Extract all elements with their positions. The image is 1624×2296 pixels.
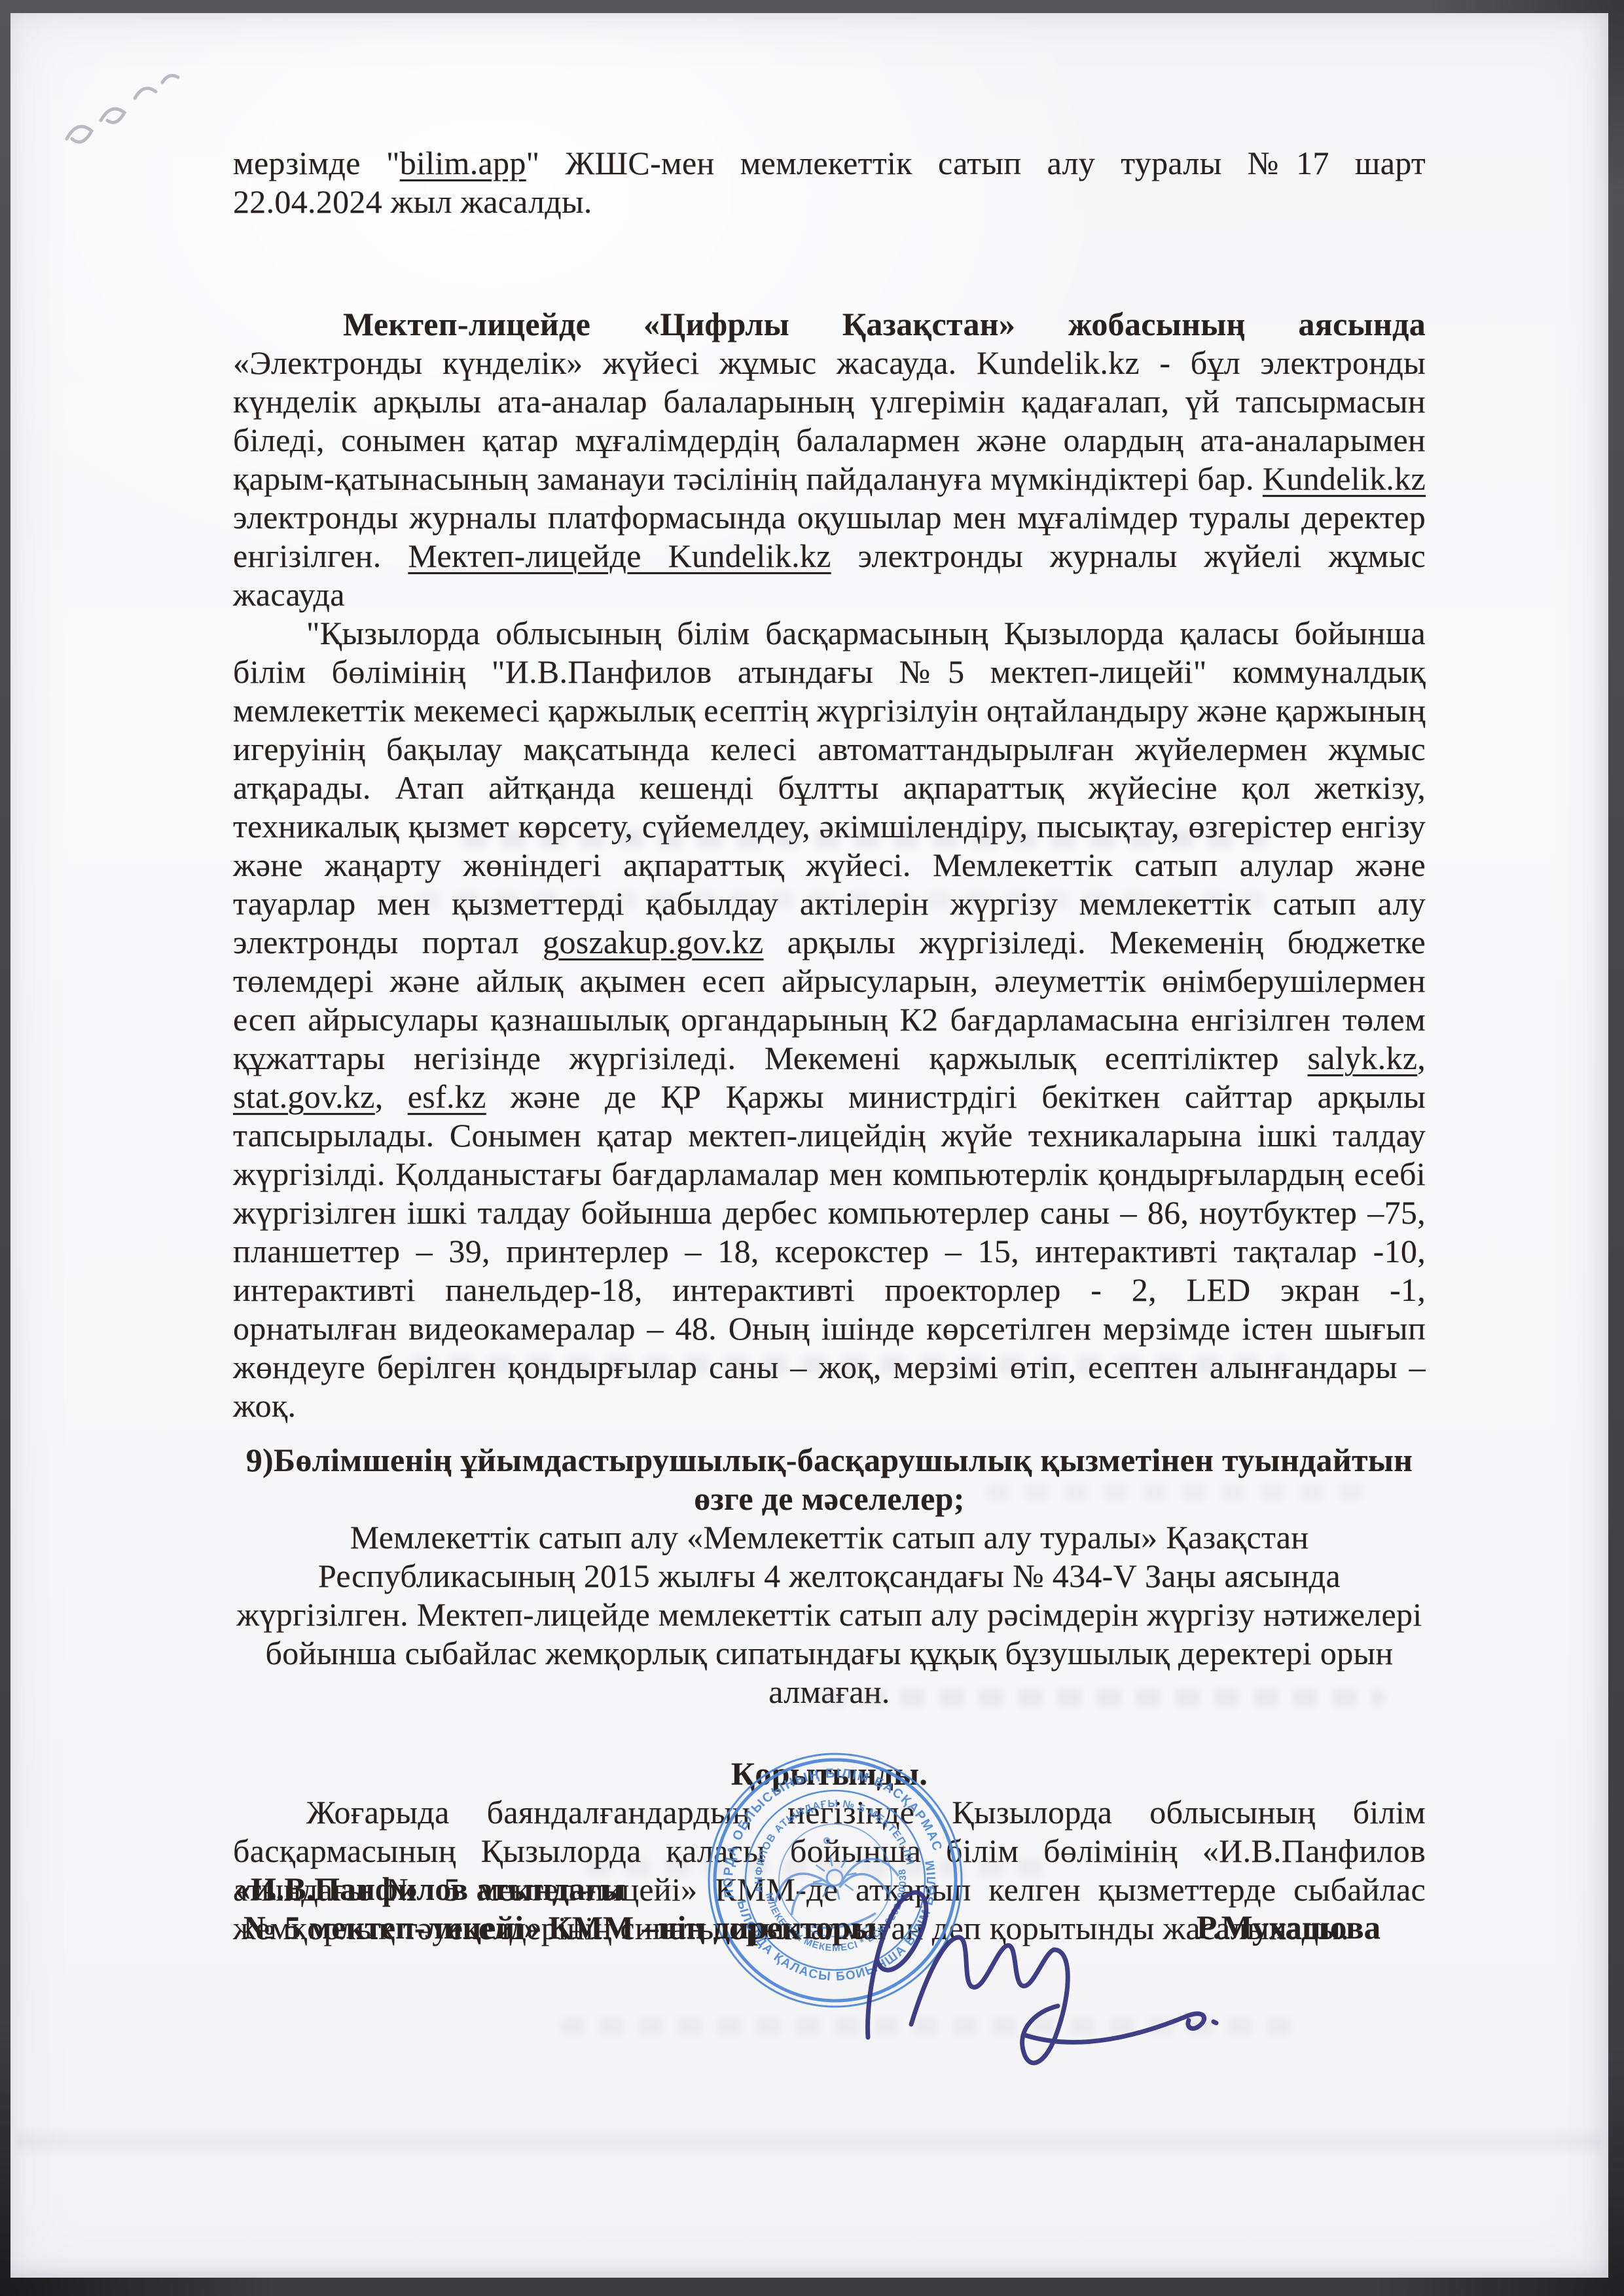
kundelik-text-1: «Электронды күнделік» жүйесі жұмыс жасау…	[233, 344, 1426, 497]
link-kundelik-kz: Kundelik.kz	[1263, 460, 1426, 497]
signature-caption-line1: «И.В.Панфилов атындағы	[234, 1870, 876, 1908]
link-bilim-app: bilim.app	[400, 145, 526, 181]
paragraph-kundelik: «Электронды күнделік» жүйесі жұмыс жасау…	[233, 344, 1426, 614]
bleed-through-artifact	[410, 1357, 1287, 1374]
link-stat-gov: stat.gov.kz	[233, 1078, 375, 1115]
scan-border: мерзімде "bilim.app" ЖШС-мен мемлекеттік…	[0, 0, 1624, 2296]
link-salyk: salyk.kz	[1308, 1040, 1418, 1076]
paragraph-procurement-law: Мемлекеттік сатып алу «Мемлекеттік сатып…	[233, 1518, 1426, 1711]
director-name: Р.Мухашова	[1197, 1909, 1380, 1947]
signature-caption-line2: № 5 мектеп-лицейі» КММ –нің директоры	[234, 1908, 876, 1947]
paragraph-contract: мерзімде "bilim.app" ЖШС-мен мемлекеттік…	[233, 144, 1426, 221]
document-page: мерзімде "bilim.app" ЖШС-мен мемлекеттік…	[10, 13, 1608, 2278]
bleed-through-artifact	[416, 892, 1267, 909]
bleed-through-artifact	[986, 1484, 1365, 1501]
bleed-through-artifact	[462, 830, 1267, 847]
signature-caption: «И.В.Панфилов атындағы № 5 мектеп-лицейі…	[234, 1870, 876, 1947]
link-esf: esf.kz	[408, 1078, 486, 1115]
finance-text-4: ,	[375, 1078, 408, 1115]
paragraph-finance-systems: "Қызылорда облысының білім басқармасының…	[233, 614, 1426, 1425]
director-signature	[827, 1821, 1240, 2083]
bleed-through-artifact	[822, 1689, 1385, 1706]
paper-fold-shadow	[17, 2126, 1601, 2157]
heading-section-9: 9)Бөлімшенің ұйымдастырушылық-басқарушыл…	[233, 1441, 1426, 1518]
contract-text-pre: мерзімде "	[233, 145, 400, 181]
finance-text-3: ,	[1417, 1040, 1426, 1076]
scanned-document: { "doc": { "p1": { "pre": "мерзімде \"",…	[0, 0, 1624, 2296]
heading-digital-kazakhstan: Мектеп-лицейде «Цифрлы Қазақстан» жобасы…	[233, 305, 1426, 344]
document-body: мерзімде "bilim.app" ЖШС-мен мемлекеттік…	[233, 144, 1426, 1948]
link-goszakup: goszakup.gov.kz	[543, 924, 763, 960]
link-kundelik-kz-2: Мектеп-лицейде Kundelik.kz	[408, 538, 831, 574]
pencil-mark	[52, 55, 209, 173]
